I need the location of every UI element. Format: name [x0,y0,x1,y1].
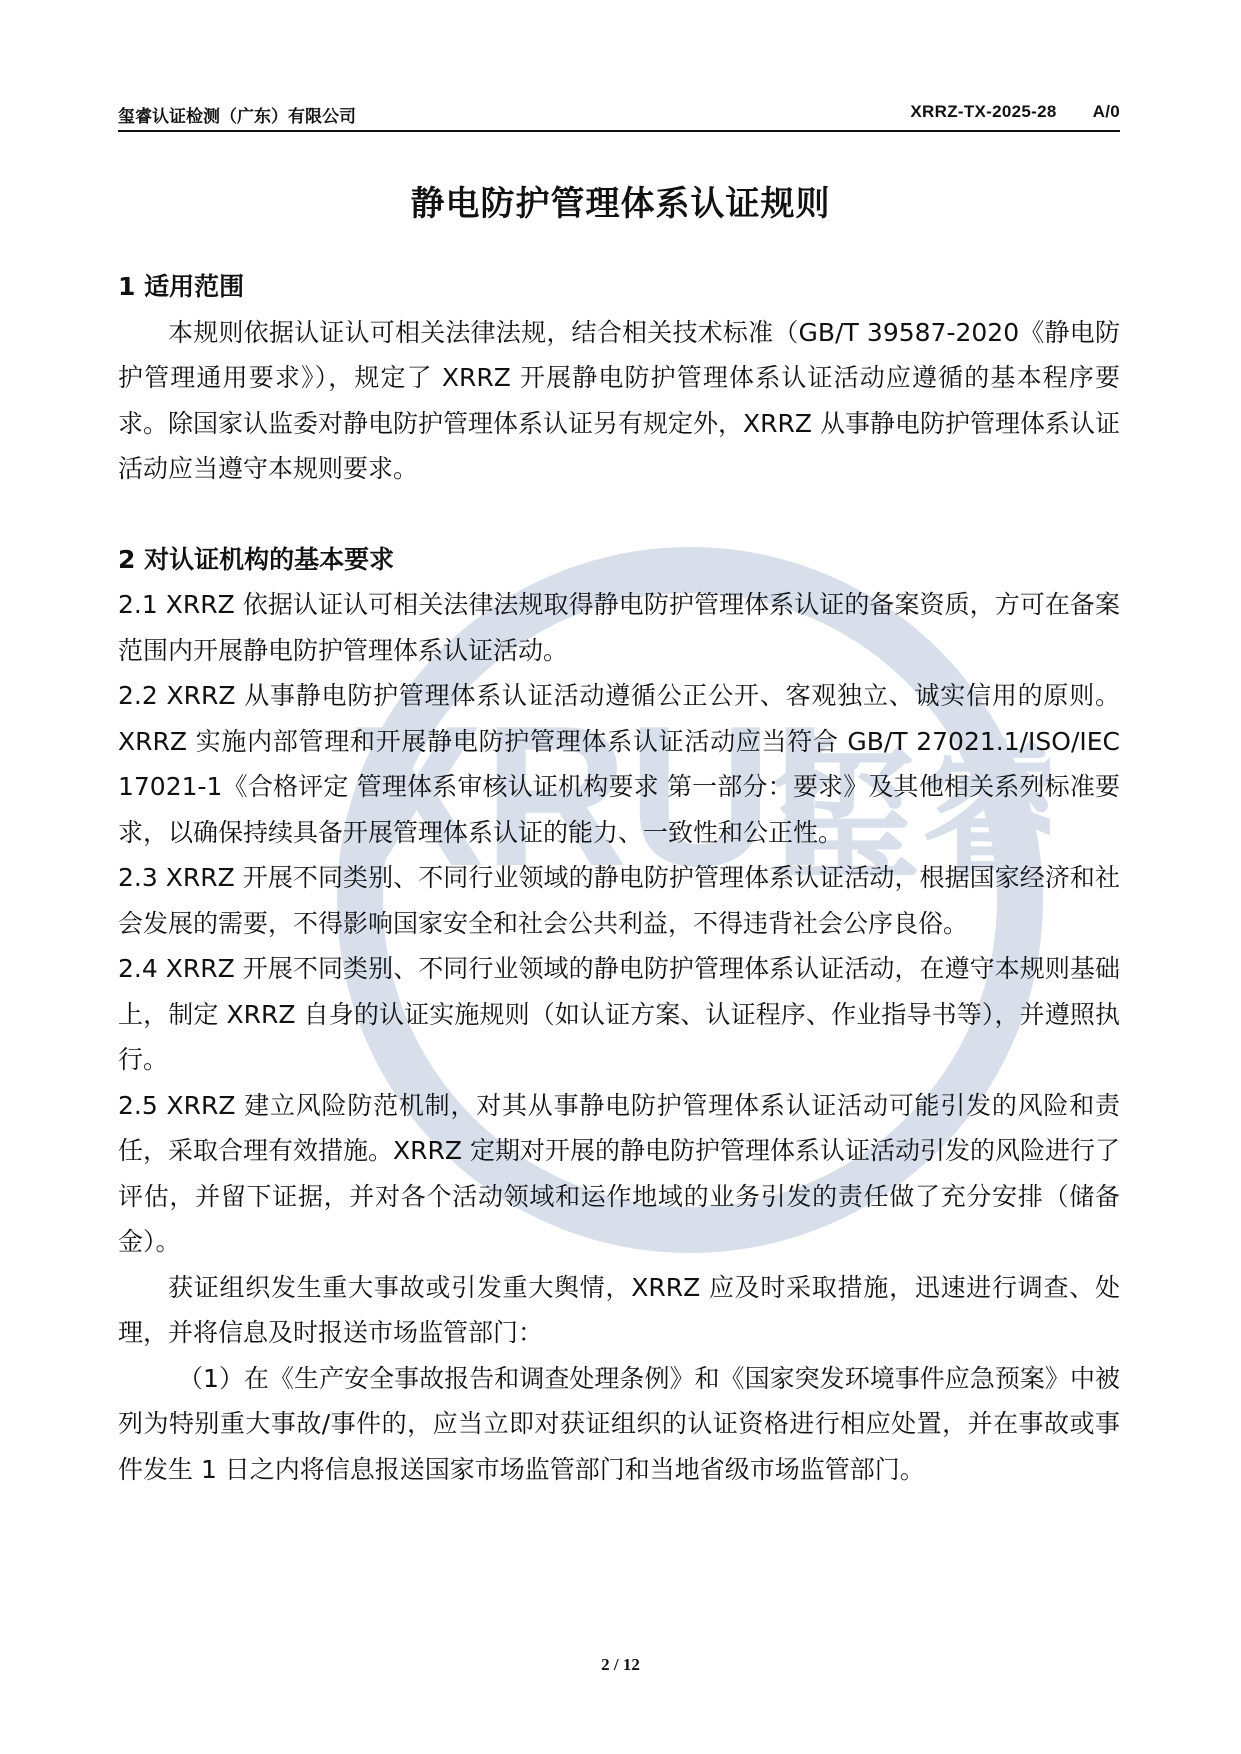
section-heading-1: 1 适用范围 [118,264,1120,310]
paragraph-incident: 获证组织发生重大事故或引发重大舆情，XRRZ 应及时采取措施，迅速进行调查、处理… [118,1265,1120,1356]
clause-2-4: 2.4 XRRZ 开展不同类别、不同行业领域的静电防护管理体系认证活动，在遵守本… [118,946,1120,1083]
page-number: 2 / 12 [0,1655,1241,1675]
clause-2-5: 2.5 XRRZ 建立风险防范机制，对其从事静电防护管理体系认证活动可能引发的风… [118,1083,1120,1265]
document-id: XRRZ-TX-2025-28A/0 [910,102,1120,122]
document-body: 1 适用范围 本规则依据认证认可相关法律法规，结合相关技术标准（GB/T 395… [118,264,1120,1492]
doc-number: XRRZ-TX-2025-28 [910,102,1056,121]
document-page: 玺睿认证检测（广东）有限公司 XRRZ-TX-2025-28A/0 静电防护管理… [0,0,1241,1754]
clause-2-1: 2.1 XRRZ 依据认证认可相关法律法规取得静电防护管理体系认证的备案资质，方… [118,582,1120,673]
page-title: 静电防护管理体系认证规则 [0,176,1241,225]
page-header: 玺睿认证检测（广东）有限公司 XRRZ-TX-2025-28A/0 [118,100,1120,132]
paragraph: 本规则依据认证认可相关法律法规，结合相关技术标准（GB/T 39587-2020… [118,310,1120,492]
company-name: 玺睿认证检测（广东）有限公司 [118,102,356,127]
clause-2-3: 2.3 XRRZ 开展不同类别、不同行业领域的静电防护管理体系认证活动，根据国家… [118,855,1120,946]
section-heading-2: 2 对认证机构的基本要求 [118,537,1120,583]
clause-2-2: 2.2 XRRZ 从事静电防护管理体系认证活动遵循公正公开、客观独立、诚实信用的… [118,673,1120,855]
list-item-1: （1）在《生产安全事故报告和调查处理条例》和《国家突发环境事件应急预案》中被列为… [118,1356,1120,1493]
revision: A/0 [1093,102,1120,121]
